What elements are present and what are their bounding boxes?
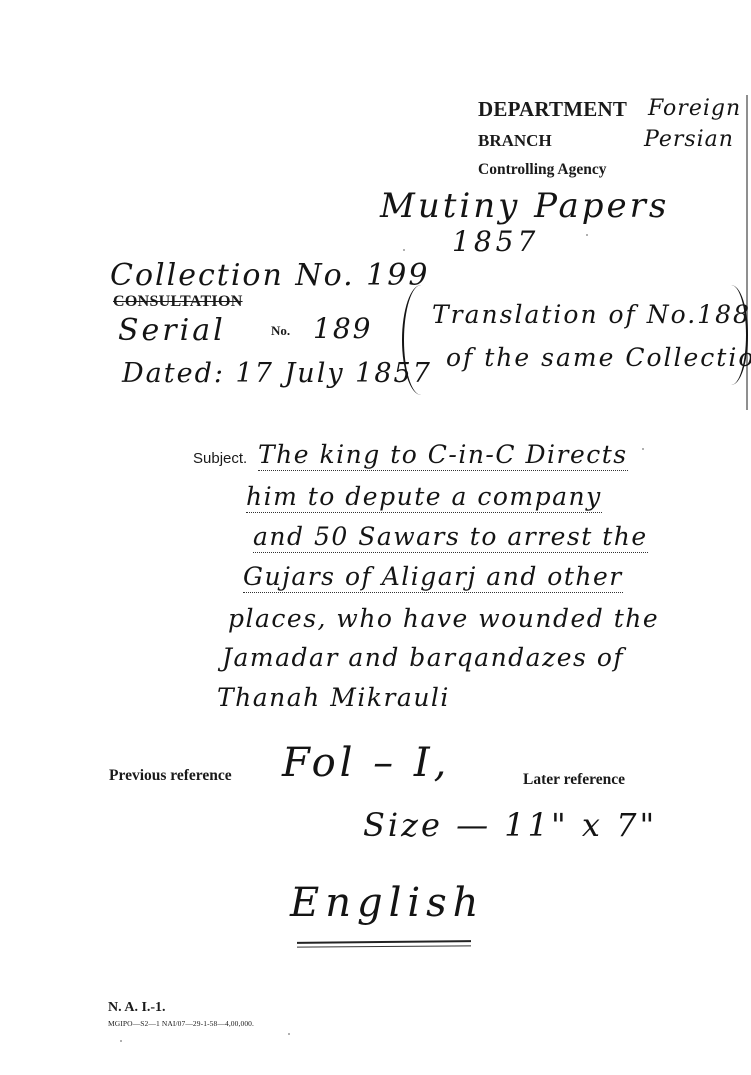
scan-speck (120, 1040, 122, 1042)
language-underline (297, 940, 471, 944)
translation-note-line-1: Translation of No.188 (432, 300, 751, 329)
subject-line-5: places, who have wounded the (228, 604, 659, 633)
form-code: N. A. I.-1. (108, 1000, 166, 1016)
previous-reference-value: Fol – I, (282, 740, 450, 786)
collection-number: Collection No. 199 (110, 258, 429, 293)
serial-label-handwritten: Serial (118, 313, 226, 348)
serial-no-label: No. (271, 323, 290, 339)
translation-note-line-2: of the same Collection. (446, 343, 751, 372)
scan-speck (403, 249, 405, 251)
left-parenthesis (402, 285, 434, 395)
previous-reference-label: Previous reference (109, 767, 232, 785)
subject-line-7: Thanah Mikrauli (217, 683, 450, 712)
department-value: Foreign (648, 96, 741, 121)
scan-speck (586, 234, 588, 236)
subject-line-6: Jamadar and barqandazes of (222, 643, 624, 672)
serial-no-value: 189 (313, 312, 372, 345)
language-underline-double (297, 945, 471, 947)
consultation-label-struck: CONSULTATION (113, 293, 243, 311)
record-cover-sheet: DEPARTMENT Foreign BRANCH Persian Contro… (0, 0, 751, 1075)
subject-line-2: him to depute a company (246, 482, 602, 513)
controlling-agency-label: Controlling Agency (478, 161, 606, 179)
size-value: Size — 11" x 7" (363, 806, 657, 844)
subject-label: Subject. (193, 450, 247, 467)
scan-speck (288, 1033, 290, 1035)
later-reference-label: Later reference (523, 771, 625, 789)
branch-label: BRANCH (478, 131, 552, 151)
collection-title: Mutiny Papers (380, 186, 669, 226)
department-label: DEPARTMENT (478, 97, 627, 122)
scan-speck (642, 448, 644, 450)
branch-value: Persian (644, 127, 734, 152)
dated-value: Dated: 17 July 1857 (122, 358, 432, 389)
print-imprint: MGIPO—S2—1 NAI/07—29-1-58—4,00,000. (108, 1019, 254, 1028)
collection-year: 1857 (452, 225, 539, 258)
subject-line-1: The king to C-in-C Directs (258, 440, 628, 471)
subject-line-4: Gujars of Aligarj and other (243, 562, 623, 593)
subject-line-3: and 50 Sawars to arrest the (253, 522, 648, 553)
language-value: English (290, 880, 484, 926)
